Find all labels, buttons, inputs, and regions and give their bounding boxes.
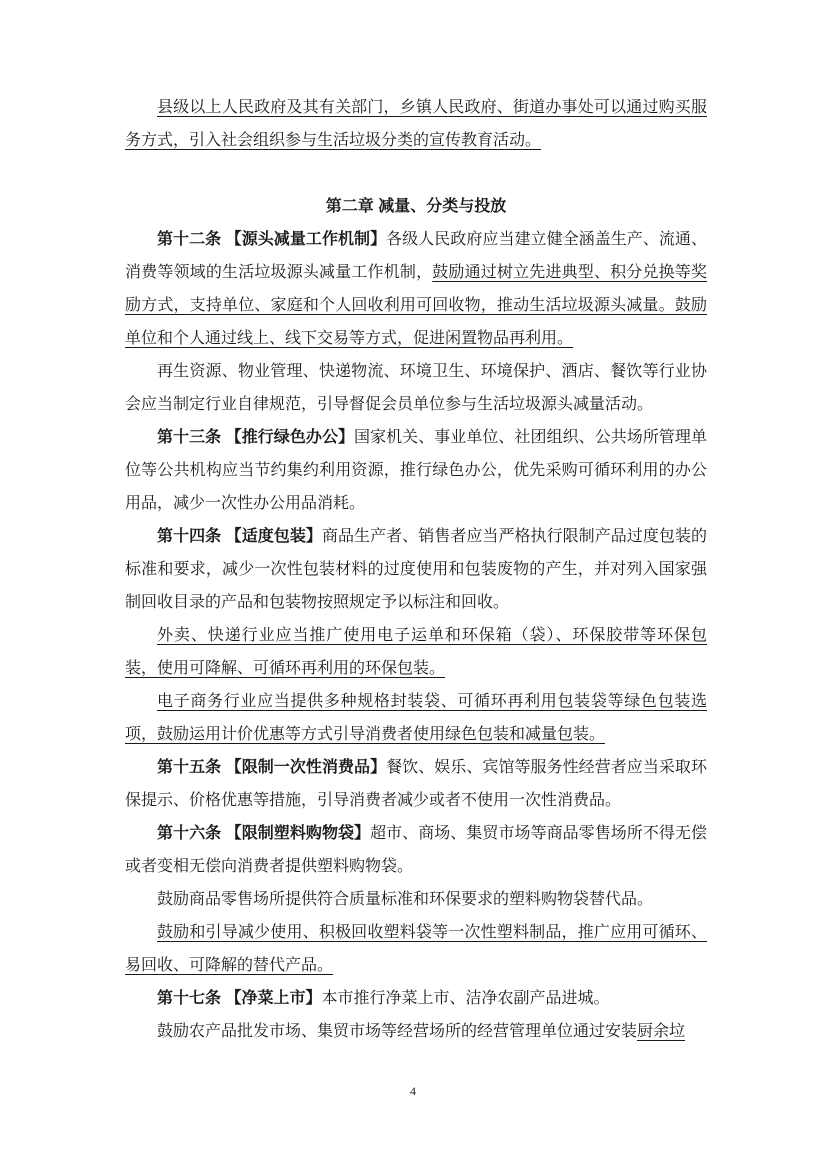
paragraph: 第十六条 【限制塑料购物袋】超市、商场、集贸市场等商品零售场所不得无偿或者变相无…: [125, 817, 707, 883]
paragraph: 县级以上人民政府及其有关部门，乡镇人民政府、街道办事处可以通过购买服务方式，引入…: [125, 91, 707, 157]
text-run: 鼓励商品零售场所提供符合质量标准和环保要求的塑料购物袋替代品。: [157, 891, 653, 908]
text-run: 县级以上人民政府及其有关部门，乡镇人民政府、街道办事处可以通过购买服务方式，引入…: [125, 99, 707, 149]
text-run: 第二章 减量、分类与投放: [326, 198, 506, 215]
paragraph: 鼓励农产品批发市场、集贸市场等经营场所的经营管理单位通过安装厨余垃: [125, 1015, 707, 1048]
text-run: 鼓励农产品批发市场、集贸市场等经营场所的经营管理单位通过安装: [157, 1023, 637, 1040]
text-run: 厨余垃: [637, 1023, 685, 1040]
paragraph: 第十五条 【限制一次性消费品】餐饮、娱乐、宾馆等服务性经营者应当采取环保提示、价…: [125, 751, 707, 817]
text-run: 电子商务行业应当提供多种规格封装袋、可循环再利用包装袋等绿色包装选项，鼓励运用计…: [125, 693, 707, 743]
paragraph: 鼓励和引导减少使用、积极回收塑料袋等一次性塑料制品，推广应用可循环、易回收、可降…: [125, 916, 707, 982]
text-run: 第十二条 【源头减量工作机制】: [157, 231, 386, 248]
text-run: 第十四条 【适度包装】: [157, 528, 322, 545]
document-page: 县级以上人民政府及其有关部门，乡镇人民政府、街道办事处可以通过购买服务方式，引入…: [0, 0, 826, 1169]
paragraph: 电子商务行业应当提供多种规格封装袋、可循环再利用包装袋等绿色包装选项，鼓励运用计…: [125, 685, 707, 751]
text-run: 外卖、快递行业应当推广使用电子运单和环保箱（袋）、环保胶带等环保包装，使用可降解…: [125, 627, 707, 677]
paragraph: 第十七条 【净菜上市】本市推行净菜上市、洁净农副产品进城。: [125, 982, 707, 1015]
text-run: 本市推行净菜上市、洁净农副产品进城。: [321, 990, 609, 1007]
page-footer: 4: [0, 1082, 826, 1100]
text-run: 第十六条 【限制塑料购物袋】: [157, 825, 370, 842]
text-run: 鼓励和引导减少使用、积极回收塑料袋等一次性塑料制品，推广应用可循环、易回收、可降…: [125, 924, 707, 974]
paragraph: 第十四条 【适度包装】商品生产者、销售者应当严格执行限制产品过度包装的标准和要求…: [125, 520, 707, 619]
paragraph: 再生资源、物业管理、快递物流、环境卫生、环境保护、酒店、餐饮等行业协会应当制定行…: [125, 355, 707, 421]
paragraph: 鼓励商品零售场所提供符合质量标准和环保要求的塑料购物袋替代品。: [125, 883, 707, 916]
text-run: 第十五条 【限制一次性消费品】: [157, 759, 386, 776]
page-number: 4: [410, 1084, 416, 1098]
paragraph: 外卖、快递行业应当推广使用电子运单和环保箱（袋）、环保胶带等环保包装，使用可降解…: [125, 619, 707, 685]
text-run: 第十七条 【净菜上市】: [157, 990, 321, 1007]
text-run: 再生资源、物业管理、快递物流、环境卫生、环境保护、酒店、餐饮等行业协会应当制定行…: [125, 363, 707, 413]
text-run: 第十三条 【推行绿色办公】: [157, 429, 354, 446]
paragraph: 第十三条 【推行绿色办公】国家机关、事业单位、社团组织、公共场所管理单位等公共机…: [125, 421, 707, 520]
paragraph: 第十二条 【源头减量工作机制】各级人民政府应当建立健全涵盖生产、流通、消费等领域…: [125, 223, 707, 355]
document-body: 县级以上人民政府及其有关部门，乡镇人民政府、街道办事处可以通过购买服务方式，引入…: [125, 91, 707, 1048]
chapter-heading: 第二章 减量、分类与投放: [125, 190, 707, 223]
